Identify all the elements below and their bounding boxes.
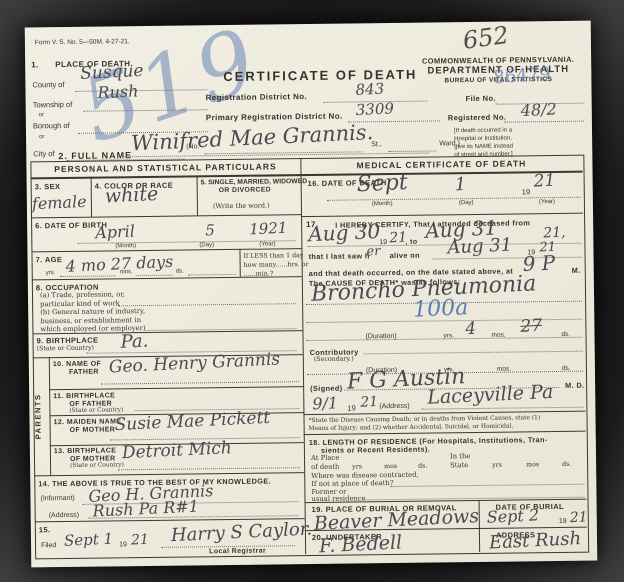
- ds-caption: ds.: [562, 461, 571, 468]
- county-label: County of: [32, 80, 64, 89]
- duration-months-value: 4: [465, 319, 477, 339]
- age-label: 7. AGE: [36, 255, 63, 264]
- file-no-label: File No.: [466, 94, 496, 103]
- state-country-caption: (State or Country): [37, 345, 94, 353]
- signed-year-value: 21: [360, 394, 379, 411]
- birth-day-value: 5: [205, 221, 215, 239]
- attended-from-value: Aug 30: [308, 219, 381, 246]
- father-name-label2: FATHER: [69, 369, 99, 376]
- if-not-label: If not at place of death?: [311, 479, 393, 488]
- day-caption: (Day): [459, 200, 474, 206]
- registration-district-value: 843: [355, 80, 384, 99]
- primary-district-label: Primary Registration District No.: [206, 112, 343, 123]
- secondary-caption: (Secondary.): [314, 355, 354, 362]
- yrs-caption: yrs.: [46, 270, 56, 276]
- month-caption: (Month): [372, 201, 393, 207]
- yrs-caption: yrs: [492, 462, 502, 469]
- yrs-caption: yrs: [352, 463, 362, 470]
- certificate-paper: Form V. S. No. 5—50M. 4-27-21. 652 519 1…: [25, 21, 598, 568]
- filed-year-value: 21: [131, 532, 150, 549]
- last-saw-label: that I last saw h: [308, 251, 369, 261]
- year-caption: (Year): [539, 199, 555, 205]
- death-month-value: Sept: [356, 170, 408, 197]
- hospital-note: give its NAME instead: [454, 144, 513, 151]
- birth-month-value: April: [95, 221, 136, 242]
- informant-address-label: (Address): [49, 512, 79, 519]
- ds-caption: ds.: [418, 463, 427, 470]
- last-saw-date-value: Aug 31: [447, 234, 513, 258]
- burial-year-value: 21: [569, 509, 588, 526]
- rule: [504, 121, 584, 123]
- father-birthplace-label: 11. BIRTHPLACE: [53, 392, 115, 400]
- borough-label: Borough of: [33, 121, 70, 130]
- physician-address-label: (Address): [379, 403, 409, 410]
- city-label: City of: [33, 149, 54, 158]
- meridian-label: M.: [572, 266, 581, 275]
- at-place-label: At Place: [311, 454, 339, 462]
- md-label: M. D.: [565, 381, 585, 390]
- filed-year-preprint: 19: [119, 541, 127, 548]
- occupation-a2: particular kind of work: [40, 299, 120, 308]
- registered-no-label: Registered No.: [448, 113, 507, 123]
- mother-birthplace-label: 13. BIRTHPLACE: [54, 447, 116, 455]
- scanned-death-certificate: Form V. S. No. 5—50M. 4-27-21. 652 519 1…: [0, 0, 624, 582]
- mos-caption: mos: [384, 463, 397, 470]
- less-than-day-note: ......min.?: [244, 270, 274, 277]
- death-day-value: 1: [454, 174, 466, 196]
- hospital-note: [If death occurred in a: [454, 128, 512, 135]
- duration-days-value: 27: [520, 316, 543, 337]
- registered-no-value: 48/2: [520, 99, 557, 120]
- of-death-label: of death: [311, 463, 339, 471]
- county-value: Susque: [80, 61, 144, 84]
- father-birthplace-caption: (State or Country): [69, 407, 123, 414]
- mother-maiden-label2: OF MOTHER: [70, 426, 116, 434]
- father-name-label: 10. NAME OF: [53, 361, 101, 369]
- alive-on-label: alive on: [389, 251, 419, 260]
- signed-label: (Signed): [310, 384, 342, 393]
- pencil-number: 652: [461, 21, 510, 55]
- sex-value: female: [31, 192, 87, 214]
- state-label: State: [450, 461, 468, 469]
- marital-label: 5. SINGLE, MARRIED, WIDOWED: [201, 178, 308, 186]
- blue-code-value: 100a: [413, 295, 469, 323]
- day-caption: (Day): [199, 242, 214, 248]
- mos-caption: mos.: [120, 269, 133, 275]
- signed-date-value: 9/1: [312, 393, 339, 413]
- death-year-preprint: 19: [522, 187, 530, 196]
- less-than-day-note: If LESS than 1 day: [243, 252, 303, 260]
- township-label: Township of: [33, 100, 73, 109]
- hospital-note: Hospital or Institution,: [454, 136, 512, 143]
- marital-hint: (Write the word.): [213, 201, 270, 210]
- sex-label: 3. SEX: [35, 182, 61, 191]
- marital-label-2: OR DIVORCED: [219, 186, 271, 194]
- filed-label: Filed: [41, 542, 56, 549]
- year-caption: (Year): [259, 241, 275, 247]
- form-number: Form V. S. No. 5—50M. 4-27-21.: [35, 38, 130, 46]
- burial-year-preprint: 19: [559, 518, 567, 525]
- mother-maiden-label: 12. MAIDEN NAME: [54, 418, 122, 426]
- burial-date-value: Sept 2: [486, 505, 539, 526]
- parents-vertical-label: PARENTS: [33, 363, 43, 469]
- certificate-title: CERTIFICATE OF DEATH: [195, 66, 445, 84]
- mother-birthplace-caption: (State or Country): [70, 462, 124, 469]
- mos-caption: mos: [526, 461, 539, 468]
- filed-date-value: Sept 1: [64, 530, 114, 550]
- birthplace-value: Pa.: [120, 331, 149, 353]
- informant-label: (Informant): [40, 495, 74, 502]
- or-label: or: [39, 134, 44, 140]
- stamp-number: 86479: [493, 64, 552, 89]
- death-year-value: 21: [533, 171, 556, 192]
- item-1: 1.: [31, 60, 39, 69]
- last-saw-er: er: [366, 244, 381, 260]
- township-value: Rush: [97, 81, 139, 102]
- less-than-day-note: how many......hrs. or: [244, 261, 309, 269]
- ds-caption: ds.: [176, 269, 184, 275]
- month-caption: (Month): [115, 243, 136, 249]
- color-race-value: white: [104, 183, 158, 207]
- birth-year-value: 1921: [249, 219, 288, 239]
- local-registrar-label: Local Registrar: [209, 548, 266, 556]
- primary-district-value: 3309: [355, 99, 394, 119]
- undertaker-value: F. Bedell: [319, 531, 403, 557]
- undertaker-address-value: East Rush: [489, 528, 582, 553]
- item-15: 15.: [39, 525, 51, 534]
- usual-residence-label: usual residence: [311, 494, 365, 503]
- registration-district-label: Registration District No.: [206, 92, 308, 102]
- in-the-label: In the: [450, 452, 470, 460]
- signed-year-preprint: 19: [347, 403, 355, 412]
- or-label: or: [39, 112, 44, 118]
